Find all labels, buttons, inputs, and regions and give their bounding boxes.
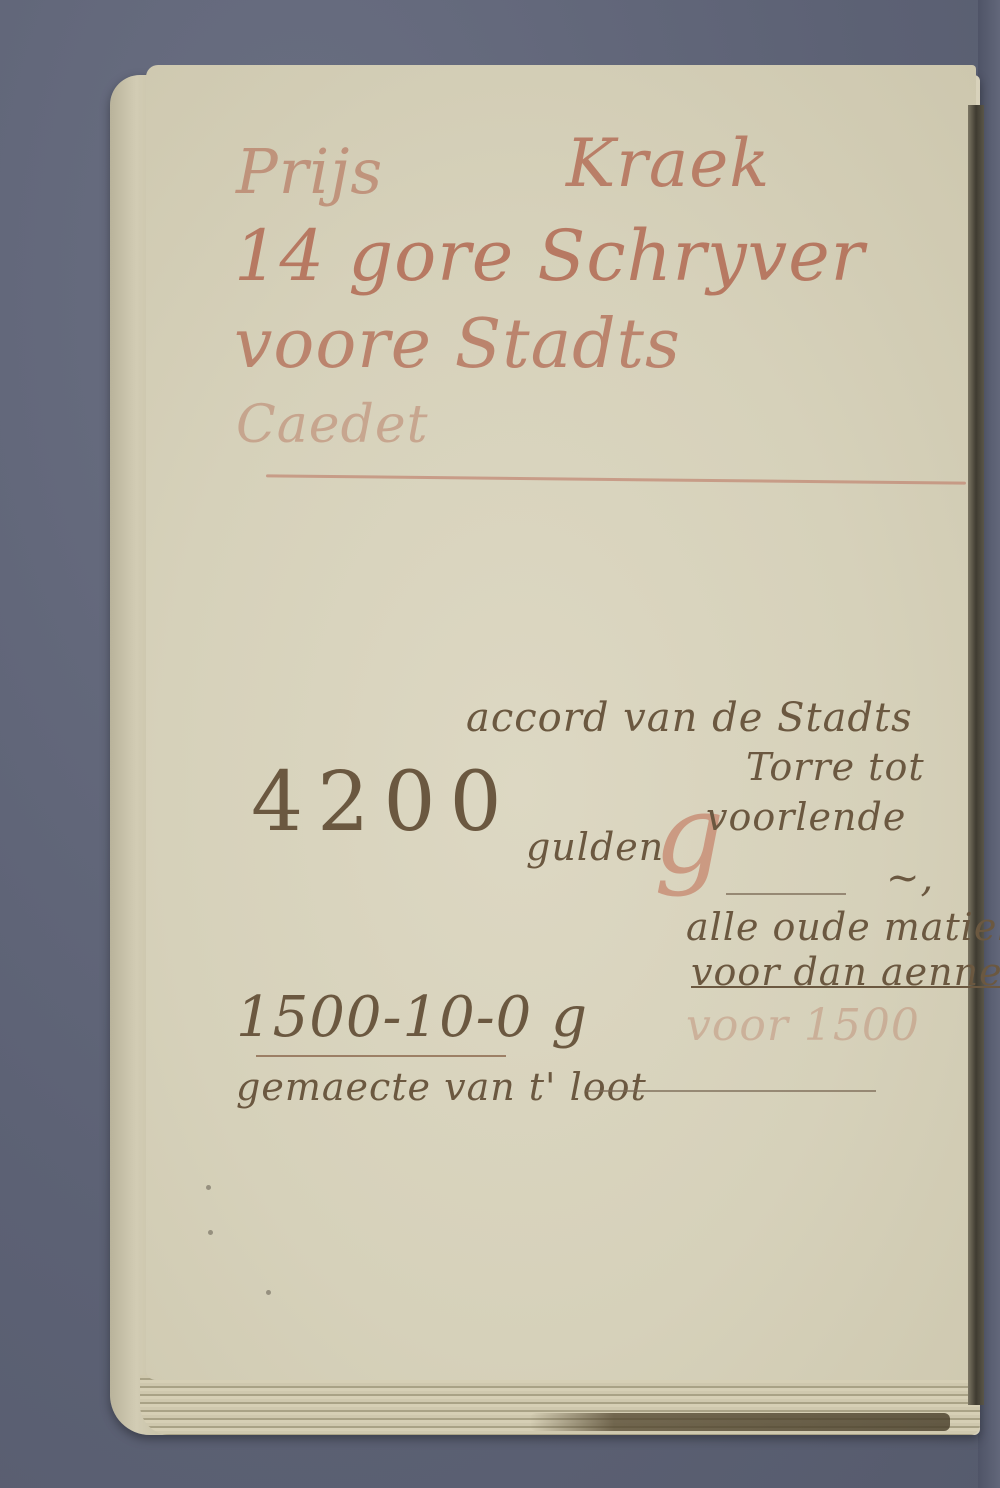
entry1-desc-line3: alle oude matiel: [686, 905, 1000, 949]
entry1-heading: accord van de Stadts: [466, 695, 913, 741]
entry2-amount-underline: [256, 1055, 506, 1057]
header-word-kraek: Kraek: [566, 125, 770, 202]
entry1-short-rule: [726, 893, 846, 895]
entry2-unit-mark: g: [551, 985, 588, 1050]
header-line-4: Caedet: [236, 395, 429, 455]
paper-spot: [208, 1230, 213, 1235]
entry1-desc-line4: voor dan aenneen: [691, 950, 1000, 994]
header-word-prijs: Prijs: [236, 135, 383, 208]
entry1-desc-line1: Torre tot: [746, 745, 925, 789]
entry2-faded-note: voor 1500: [686, 1000, 920, 1051]
page-edge-shadow: [530, 1413, 950, 1431]
entry1-desc-line2: voorlende: [706, 795, 906, 839]
entry2-trailing-rule: [586, 1090, 876, 1092]
binding-gutter: [968, 105, 984, 1405]
paper-spot: [266, 1290, 271, 1295]
entry1-amount: 4200: [251, 755, 516, 850]
entry1-unit: gulden: [526, 825, 664, 869]
paper-spot: [206, 1185, 211, 1190]
manuscript-page: Prijs Kraek 14 gore Schryver voore Stadt…: [146, 65, 976, 1380]
entry2-amount-text: 1500-10-0: [236, 985, 532, 1050]
entry1-tilde-mark: ~,: [886, 855, 934, 901]
header-line-3: voore Stadts: [234, 305, 681, 384]
entry2-amount: 1500-10-0 g: [236, 985, 588, 1050]
manuscript-book: Prijs Kraek 14 gore Schryver voore Stadt…: [110, 55, 990, 1445]
header-underline: [266, 474, 966, 484]
entry2-description: gemaecte van t' loot: [236, 1065, 647, 1109]
header-line-2: 14 gore Schryver: [234, 215, 865, 297]
